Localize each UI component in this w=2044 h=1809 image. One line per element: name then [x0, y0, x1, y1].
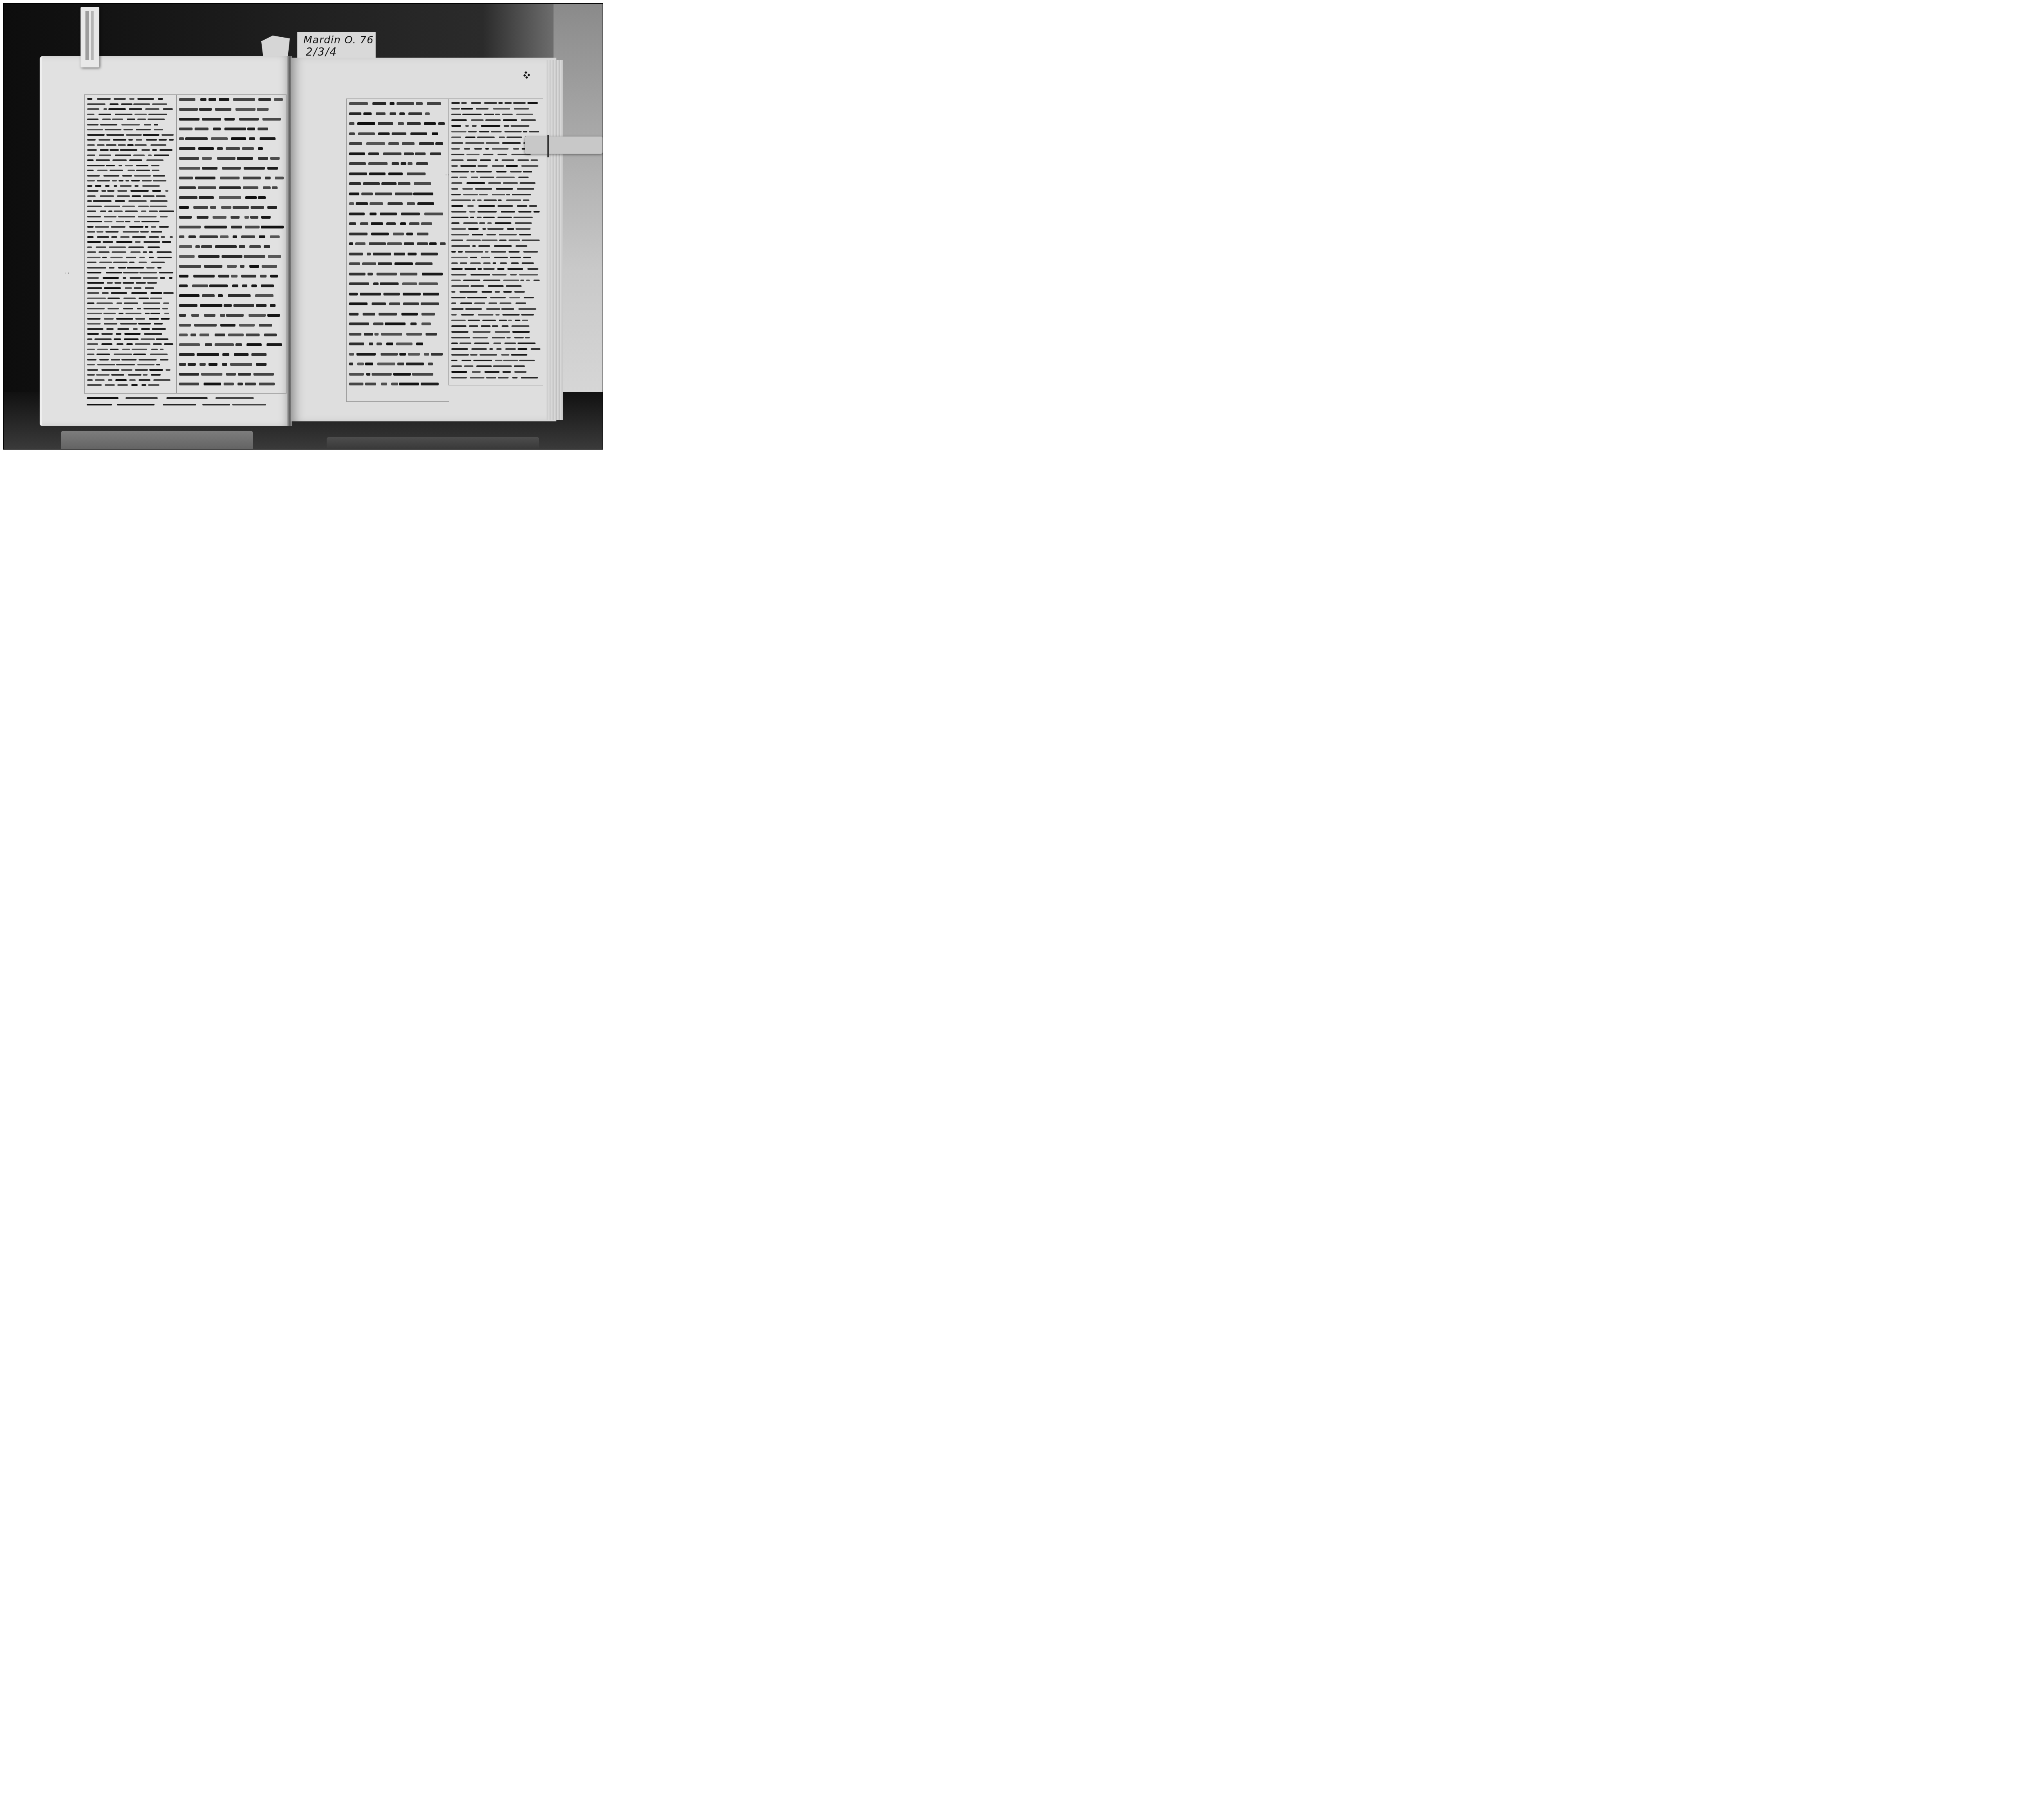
right-page-main-column: [346, 99, 449, 402]
manuscript-text-line: [349, 233, 446, 235]
manuscript-text-line: [87, 292, 174, 294]
manuscript-text-line: [87, 323, 174, 325]
manuscript-text-line: [87, 236, 174, 238]
manuscript-text-line: [179, 265, 284, 268]
manuscript-text-line: [349, 122, 446, 125]
manuscript-text-line: [451, 119, 540, 121]
four-dot-ornament-icon: [524, 72, 531, 79]
manuscript-text-line: [87, 241, 174, 243]
manuscript-text-line: [451, 194, 540, 195]
manuscript-text-line: [349, 333, 446, 336]
manuscript-text-line: [451, 240, 540, 241]
manuscript-text-line: [451, 343, 540, 344]
manuscript-text-line: [451, 131, 540, 132]
manuscript-text-line: [87, 354, 174, 355]
manuscript-text-line: [451, 228, 540, 230]
manuscript-text-line: [451, 251, 540, 253]
manuscript-text-line: [87, 98, 174, 100]
manuscript-text-line: [349, 322, 446, 325]
manuscript-text-line: [451, 125, 540, 127]
manuscript-text-line: [349, 193, 446, 195]
manuscript-text-line: [451, 291, 540, 293]
manuscript-text-line: [179, 284, 284, 287]
manuscript-text-line: [179, 137, 284, 140]
manuscript-text-line: [451, 222, 540, 224]
manuscript-text-line: [349, 363, 446, 365]
manuscript-text-line: [179, 186, 284, 189]
manuscript-text-line: [349, 282, 446, 285]
manuscript-text-line: [179, 245, 284, 248]
manuscript-text-line: [451, 274, 540, 275]
manuscript-text-line: [87, 221, 174, 222]
manuscript-text-line: [87, 277, 174, 279]
manuscript-text-line: [179, 98, 284, 101]
manuscript-text-line: [179, 167, 284, 170]
manuscript-text-line: [87, 313, 174, 314]
manuscript-text-line: [179, 363, 284, 366]
left-page-main-column: [176, 94, 287, 394]
manuscript-text-line: [349, 202, 446, 205]
manuscript-text-line: [179, 334, 284, 336]
manuscript-text-line: [451, 199, 540, 201]
manuscript-text-line: [87, 216, 174, 217]
catalog-label-number: 2/3/4: [306, 46, 337, 58]
manuscript-text-line: [349, 242, 446, 245]
manuscript-text-line: [87, 364, 174, 365]
manuscript-text-line: [451, 320, 540, 321]
manuscript-text-line: [87, 124, 174, 125]
manuscript-text-line: [179, 304, 284, 307]
manuscript-text-line: [451, 182, 540, 184]
manuscript-text-line: [87, 308, 174, 309]
page-fore-edge: [547, 60, 563, 420]
manuscript-text-line: [87, 200, 174, 202]
manuscript-text-line: [87, 165, 174, 166]
manuscript-text-line: [451, 354, 540, 356]
manuscript-text-line: [179, 128, 284, 130]
manuscript-text-line: [451, 308, 540, 310]
manuscript-text-line: [451, 114, 540, 115]
manuscript-text-line: [179, 108, 284, 111]
manuscript-text-line: [451, 268, 540, 270]
manuscript-text-line: [451, 177, 540, 178]
manuscript-text-line: [87, 328, 174, 330]
manuscript-text-line: [451, 371, 540, 373]
manuscript-text-line: [87, 251, 174, 253]
manuscript-text-line: [87, 103, 174, 105]
manuscript-text-line: [179, 235, 284, 238]
manuscript-text-line: [451, 377, 540, 378]
manuscript-text-line: [451, 165, 540, 167]
manuscript-text-line: [179, 226, 284, 228]
manuscript-text-line: [179, 294, 284, 297]
manuscript-text-line: [87, 338, 174, 340]
manuscript-text-line: [87, 190, 174, 192]
manuscript-text-line: [451, 337, 540, 338]
manuscript-text-line: [179, 118, 284, 121]
manuscript-text-line: [451, 257, 540, 258]
manuscript-text-line: [87, 287, 174, 289]
manuscript-text-line: [87, 139, 174, 141]
manuscript-text-line: [451, 211, 540, 213]
manuscript-text-line: [451, 108, 540, 110]
manuscript-text-line: [349, 112, 446, 115]
manuscript-text-line: [349, 313, 446, 316]
manuscript-text-line: [349, 373, 446, 376]
manuscript-text-line: [451, 234, 540, 235]
manuscript-text-line: [87, 129, 174, 130]
manuscript-text-line: [87, 267, 174, 269]
manuscript-text-line: [87, 195, 174, 197]
manuscript-text-line: [87, 397, 282, 399]
manuscript-text-line: [179, 216, 284, 219]
manuscript-text-line: [451, 348, 540, 350]
manuscript-text-line: [349, 152, 446, 155]
marginal-dots: ..: [65, 269, 70, 275]
manuscript-text-line: [451, 154, 540, 155]
manuscript-text-line: [349, 383, 446, 385]
manuscript-text-line: [87, 374, 174, 376]
manuscript-text-line: [87, 369, 174, 371]
manuscript-text-line: [179, 373, 284, 376]
manuscript-text-line: [349, 213, 446, 215]
manuscript-text-line: [451, 102, 540, 104]
manuscript-text-line: [179, 177, 284, 179]
manuscript-text-line: [451, 171, 540, 172]
manuscript-text-line: [451, 262, 540, 264]
manuscript-text-line: [349, 262, 446, 265]
manuscript-text-line: [179, 324, 284, 327]
manuscript-text-line: [87, 257, 174, 258]
manuscript-text-line: [87, 302, 174, 304]
manuscript-text-line: [349, 162, 446, 165]
manuscript-text-line: [87, 170, 174, 171]
manuscript-text-line: [349, 132, 446, 135]
catalog-label-shelfmark: Mardin O. 76: [303, 34, 374, 46]
manuscript-text-line: [349, 353, 446, 356]
manuscript-text-line: [349, 302, 446, 305]
manuscript-text-line: [451, 302, 540, 304]
manuscript-text-line: [451, 297, 540, 298]
manuscript-text-line: [179, 206, 284, 209]
manuscript-text-line: [349, 293, 446, 296]
manuscript-text-line: [451, 360, 540, 361]
manuscript-text-line: [87, 134, 174, 136]
manuscript-text-line: [349, 142, 446, 145]
manuscript-text-line: [349, 172, 446, 175]
manuscript-text-line: [451, 205, 540, 207]
right-page-clip: [525, 137, 603, 154]
manuscript-text-line: [87, 349, 174, 350]
manuscript-text-line: [87, 246, 174, 248]
manuscript-text-line: [451, 314, 540, 316]
left-page-commentary-column: [84, 94, 177, 394]
left-page-footer-lines: [84, 394, 285, 414]
manuscript-text-line: [349, 102, 446, 105]
manuscript-text-line: [87, 185, 174, 187]
manuscript-text-line: [349, 222, 446, 225]
manuscript-text-line: [87, 180, 174, 181]
manuscript-text-line: [179, 275, 284, 278]
manuscript-text-line: [87, 359, 174, 360]
manuscript-text-line: [87, 282, 174, 284]
manuscript-text-line: [87, 231, 174, 233]
manuscript-text-line: [349, 182, 446, 185]
manuscript-text-line: [451, 331, 540, 333]
manuscript-text-line: [179, 196, 284, 199]
catalog-label: Mardin O. 76 2/3/4: [297, 32, 376, 60]
manuscript-text-line: [87, 343, 174, 345]
book-support-left: [61, 431, 253, 450]
manuscript-text-line: [87, 114, 174, 115]
manuscript-text-line: [87, 379, 174, 381]
manuscript-text-line: [349, 253, 446, 255]
manuscript-text-line: [87, 262, 174, 263]
manuscript-text-line: [179, 343, 284, 346]
manuscript-text-line: [87, 159, 174, 161]
manuscript-text-line: [87, 226, 174, 228]
photo-frame: Mardin O. 76 2/3/4 .. ..: [3, 3, 603, 450]
manuscript-text-line: [451, 245, 540, 247]
manuscript-text-line: [87, 272, 174, 273]
manuscript-text-line: [87, 154, 174, 156]
manuscript-text-line: [87, 404, 282, 405]
left-page-clip: [81, 7, 99, 67]
manuscript-text-line: [87, 119, 174, 120]
book-support-right: [327, 437, 539, 450]
manuscript-text-line: [179, 157, 284, 160]
marginal-dots: ..: [445, 170, 450, 177]
manuscript-text-line: [87, 333, 174, 335]
manuscript-text-line: [451, 285, 540, 287]
manuscript-text-line: [349, 343, 446, 345]
manuscript-text-line: [87, 206, 174, 207]
manuscript-text-line: [87, 298, 174, 299]
manuscript-text-line: [451, 280, 540, 281]
manuscript-text-line: [87, 318, 174, 320]
manuscript-text-line: [87, 210, 174, 212]
manuscript-text-line: [179, 353, 284, 356]
manuscript-text-line: [179, 147, 284, 150]
manuscript-text-line: [451, 217, 540, 218]
manuscript-text-line: [179, 255, 284, 258]
manuscript-text-line: [87, 175, 174, 177]
manuscript-text-line: [349, 273, 446, 275]
manuscript-text-line: [87, 144, 174, 146]
manuscript-text-line: [87, 384, 174, 386]
manuscript-text-line: [87, 108, 174, 110]
manuscript-text-line: [179, 314, 284, 317]
manuscript-text-line: [451, 325, 540, 327]
manuscript-text-line: [451, 188, 540, 190]
manuscript-text-line: [451, 365, 540, 367]
manuscript-text-line: [87, 149, 174, 151]
manuscript-text-line: [451, 159, 540, 161]
manuscript-text-line: [179, 383, 284, 385]
